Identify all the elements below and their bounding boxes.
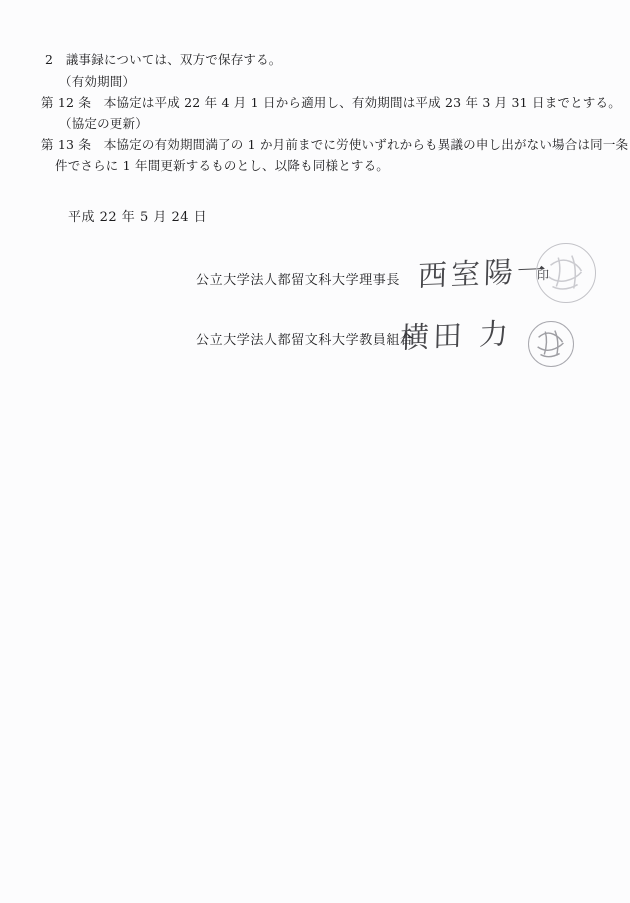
body-line-minutes-clause: 2 議事録については、双方で保存する。: [45, 52, 282, 67]
signature-party-chairman: 公立大学法人都留文科大学理事長: [196, 269, 400, 288]
body-line-heading-validity-period: （有効期間）: [59, 74, 135, 89]
body-line-heading-agreement-renewal: （協定の更新）: [59, 116, 148, 131]
signature-party-union: 公立大学法人都留文科大学教員組合: [196, 329, 414, 348]
body-line-article-13-part1: 第 13 条 本協定の有効期間満了の 1 か月前までに労使いずれからも異議の申し…: [41, 137, 628, 152]
body-line-article-13-part2: 件でさらに 1 年間更新するものとし、以降も同様とする。: [55, 158, 389, 173]
scanned-document-page: 2 議事録については、双方で保存する。 （有効期間） 第 12 条 本協定は平成…: [0, 0, 630, 903]
handwritten-signature-chairman: 西室陽一: [417, 248, 550, 295]
round-seal-stamp-union-icon: [528, 321, 574, 367]
body-line-article-12: 第 12 条 本協定は平成 22 年 4 月 1 日から適用し、有効期間は平成 …: [41, 95, 621, 110]
round-seal-stamp-chairman-icon: [536, 243, 596, 303]
document-date: 平成 22 年 5 月 24 日: [68, 206, 207, 225]
handwritten-signature-union: 横田 力: [399, 311, 512, 357]
